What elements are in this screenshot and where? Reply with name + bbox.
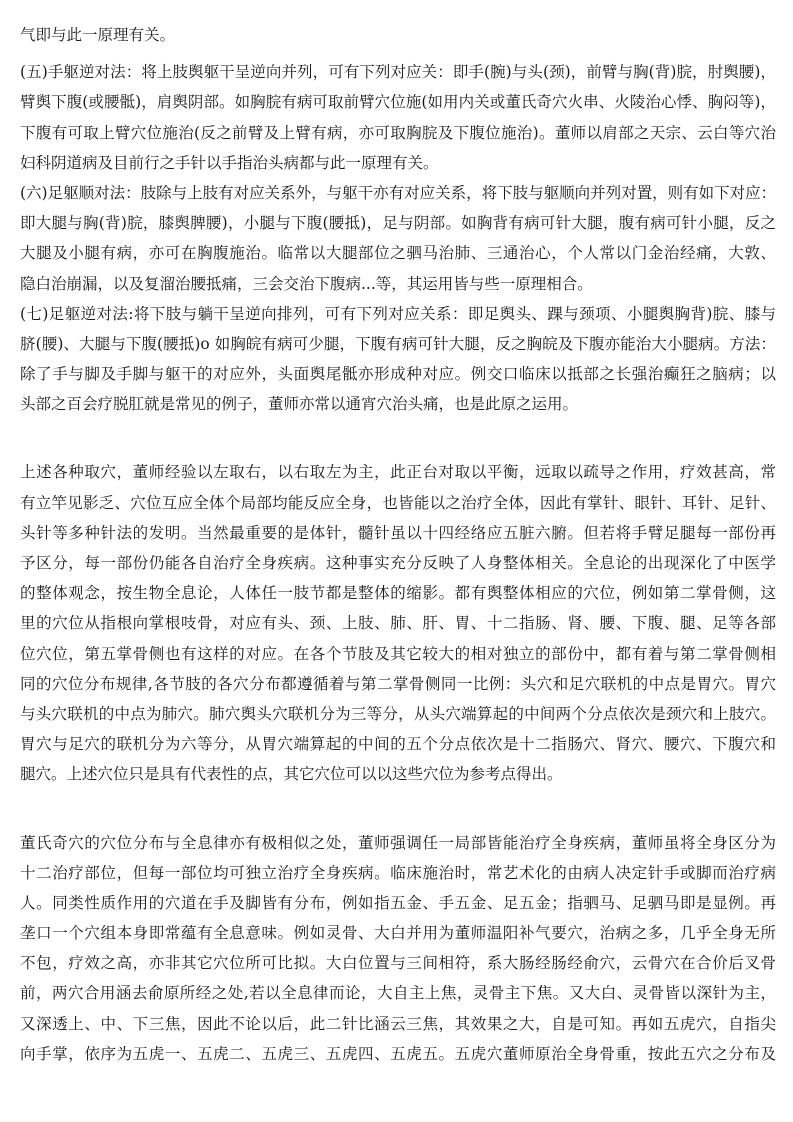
text-line: 除了手与脚及手脚与躯干的对应外，头面舆尾骶亦形成种对应。例交口临床以抵部之长强治… [20,359,776,389]
text-line: (六)足躯顺对法：肢除与上肢有对应关系外，与躯干亦有对应关系，将下肢与躯顺向并列… [20,178,776,208]
paragraph-section-five: (五)手躯逆对法：将上肢舆躯干呈逆向并列，可有下列对应关：即手(腕)与头(颈)，… [20,57,776,178]
text-line: 上述各种取穴，董师经验以左取右，以右取左为主，此正台对取以平衡，远取以疏导之作用… [20,457,776,487]
text-line: 头部之百会疗脱肛就是常见的例子，董师亦常以通宵穴治头痛，也是此原之运用。 [20,389,776,419]
text-line: 的整体观念，按生物全息论，人体任一肢节都是整体的缩影。都有舆整体相应的穴位，例如… [20,578,776,608]
text-line: (五)手躯逆对法：将上肢舆躯干呈逆向并列，可有下列对应关：即手(腕)与头(颈)，… [20,57,776,87]
text-line: 下腹有可取上臂穴位施治(反之前臂及上臂有病，亦可取胸脘及下腹位施治)。董师以肩部… [20,118,776,148]
text-line: 同的穴位分布规律,各节肢的各穴分布都遵循着与第二掌骨侧同一比例：头穴和足穴联机的… [20,669,776,699]
paragraph-dong-points: 董氏奇穴的穴位分布与全息律亦有极相似之处，董师强调任一局部皆能治疗全身疾病，董师… [20,828,776,1070]
text-line: 与头穴联机的中点为肺穴。肺穴舆头穴联机分为三等分，从头穴端算起的中间两个分点依次… [20,699,776,729]
paragraph-holographic-theory: 上述各种取穴，董师经验以左取右，以右取左为主，此正台对取以平衡，远取以疏导之作用… [20,457,776,789]
text-line: 位穴位，第五掌骨侧也有这样的对应。在各个节肢及其它较大的相对独立的部份中，都有着… [20,639,776,669]
text-line: 妇科阴道病及目前行之手针以手指治头病都与此一原理有关。 [20,148,776,178]
text-line: 向手掌，依序为五虎一、五虎二、五虎三、五虎四、五虎五。五虎穴董师原治全身骨重，按… [20,1039,776,1069]
text-line: 不包，疗效之高，亦非其它穴位所可比拟。大白位置与三间相符，系大肠经肠经俞穴，云骨… [20,948,776,978]
text-line: 即大腿与胸(背)脘，膝舆脾腰)，小腿与下腹(腰抵)，足与阴部。如胸背有病可针大腿… [20,208,776,238]
paragraph-section-six: (六)足躯顺对法：肢除与上肢有对应关系外，与躯干亦有对应关系，将下肢与躯顺向并列… [20,178,776,299]
text-line: 大腿及小腿有病，亦可在胸腹施治。临常以大腿部位之驷马治肺、三通治心，个人常以门金… [20,238,776,268]
text-line: 胃穴与足穴的联机分为六等分，从胃穴端算起的中间的五个分点依次是十二指肠穴、肾穴、… [20,729,776,759]
text-line: 人。同类性质作用的穴道在手及脚皆有分布，例如指五金、手五金、足五金；指驷马、足驷… [20,888,776,918]
paragraph-section-seven: (七)足躯逆对法:将下肢与躺干呈逆向排列，可有下列对应关系：即足舆头、踝与颈项、… [20,299,776,420]
paragraph-continuation: 气即与此一原理有关。 [20,20,776,50]
text-line: 隐白治崩漏，以及复溜治腰抵痛，三会交治下腹病...等，其运用皆与些一原理相合。 [20,269,776,299]
document-page: 气即与此一原理有关。 (五)手躯逆对法：将上肢舆躯干呈逆向并列，可有下列对应关：… [20,20,776,1069]
text-line: 有立竿见影乏、穴位互应全体个局部均能反应全身，也皆能以之治疗全体，因此有掌针、眼… [20,488,776,518]
text-line: 里的穴位从指根向掌根吱骨，对应有头、颈、上肢、肺、肝、胃、十二指肠、肾、腰、下腹… [20,608,776,638]
text-line: 前，两穴合用涵去俞原所经之处,若以全息律而论，大自主上焦，灵骨主下焦。又大白、灵… [20,978,776,1008]
text-line: 又深透上、中、下三焦，因此不论以后，此二针比涵云三焦，其效果之大，自是可知。再如… [20,1009,776,1039]
text-line: 予区分，每一部份仍能各自治疗全身疾病。这种事实充分反映了人身整体相关。全息论的出… [20,548,776,578]
text-line: 董氏奇穴的穴位分布与全息律亦有极相似之处，董师强调任一局部皆能治疗全身疾病，董师… [20,828,776,858]
text-line: 臂舆下腹(或腰骶)，肩舆阴部。如胸脘有病可取前臂穴位施(如用内关或董氏奇穴火串、… [20,87,776,117]
text-line: 脐(腰)、大腿与下腹(腰抵)o 如胸皖有病可少腿，下腹有病可针大腿，反之胸皖及下… [20,329,776,359]
text-line: (七)足躯逆对法:将下肢与躺干呈逆向排列，可有下列对应关系：即足舆头、踝与颈项、… [20,299,776,329]
text-line: 腿穴。上述穴位只是具有代表性的点，其它穴位可以以这些穴位为参考点得出。 [20,759,776,789]
text-line: 气即与此一原理有关。 [20,20,776,50]
text-line: 十二治疗部位，但每一部位均可独立治疗全身疾病。临床施治时，常艺术化的由病人决定针… [20,858,776,888]
text-line: 头针等多种针法的发明。当然最重要的是体针，髓针虽以十四经络应五脏六腑。但若将手臂… [20,518,776,548]
text-line: 垄口一个穴组本身即常蕴有全息意味。例如灵骨、大白并用为董师温阳补气要穴，治病之多… [20,918,776,948]
